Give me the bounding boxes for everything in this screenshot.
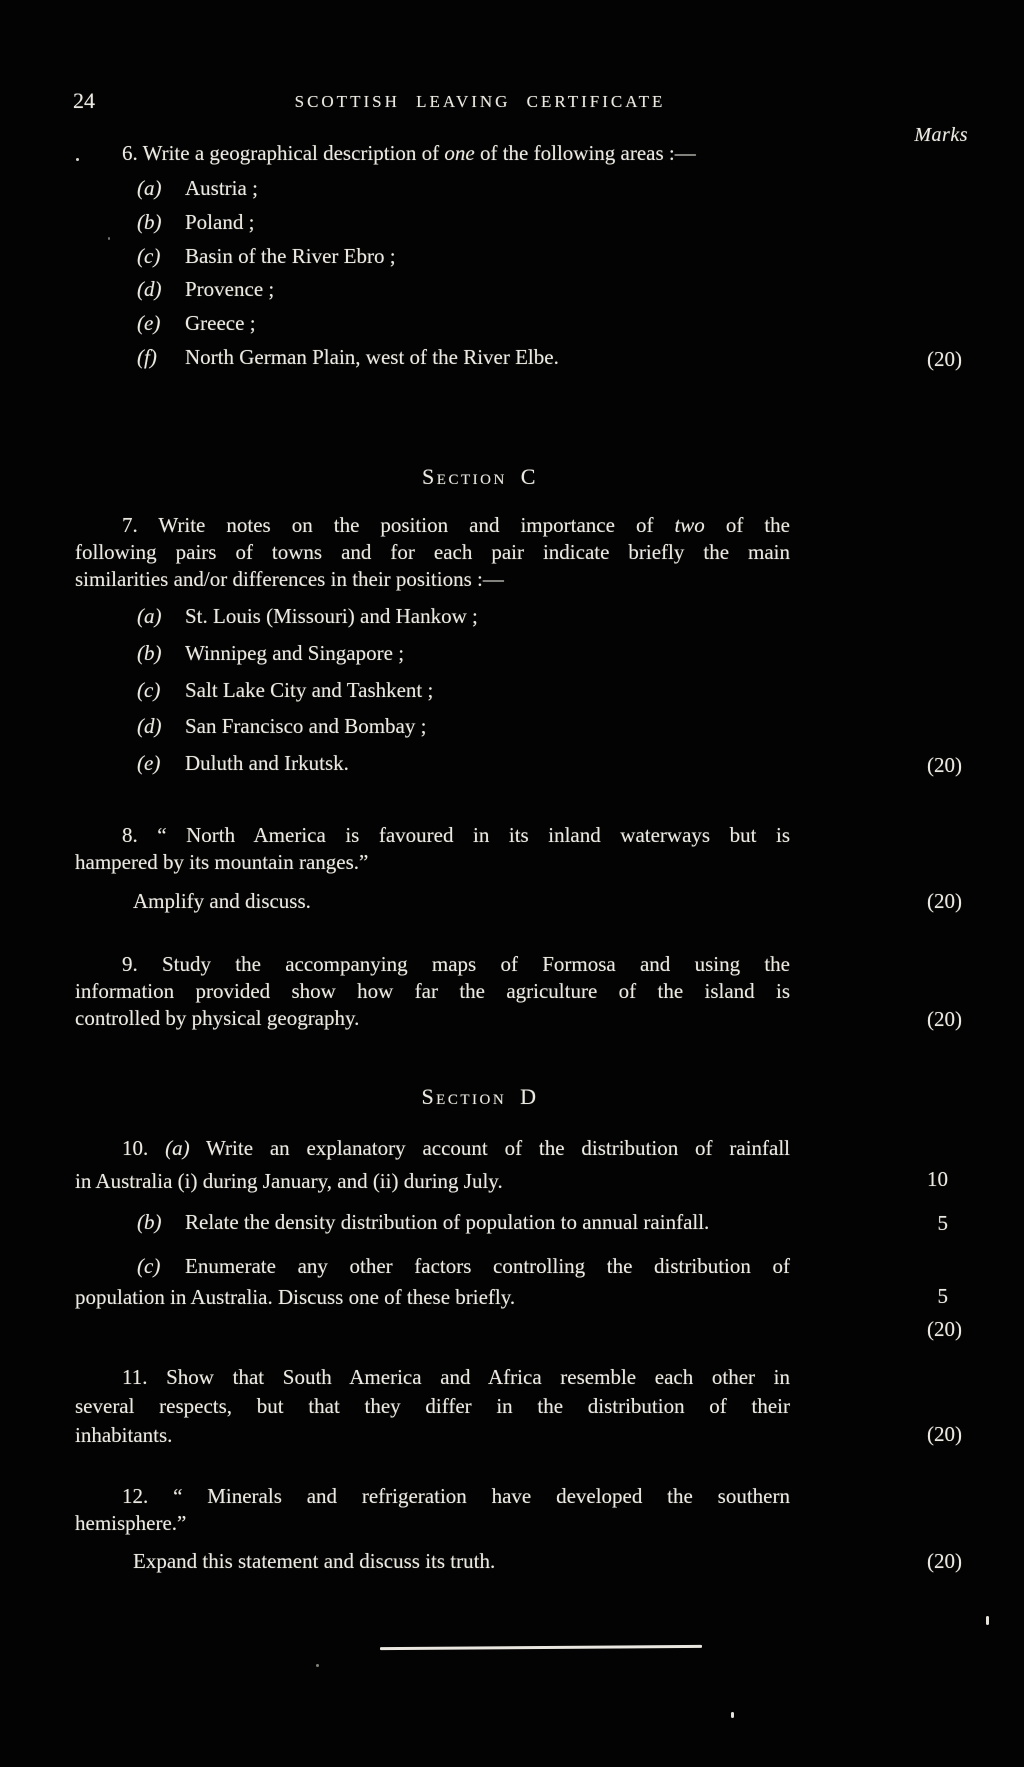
- question-6-mark: (20): [927, 345, 962, 373]
- scan-artifact: [76, 158, 79, 161]
- question-12-paragraph: 12. “ Minerals and refrigeration have de…: [75, 1483, 790, 1537]
- question-7-line-2: following pairs of towns and for each pa…: [75, 539, 790, 566]
- question-10c-line-1: (c)Enumerate any other factors controlli…: [75, 1251, 790, 1282]
- question-9-paragraph: 9. Study the accompanying maps of Formos…: [75, 951, 790, 1032]
- question-10a-line-2: in Australia (i) during January, and (ii…: [75, 1165, 790, 1198]
- question-7-line-1: 7. Write notes on the position and impor…: [75, 512, 790, 539]
- question-12-mark: (20): [927, 1547, 962, 1575]
- question-11-line-1: 11. Show that South America and Africa r…: [75, 1363, 790, 1392]
- question-7-line-3: similarities and/or differences in their…: [75, 566, 790, 593]
- question-10b-line: (b)Relate the density distribution of po…: [75, 1209, 790, 1236]
- list-item: (d)Provence ;: [137, 277, 797, 311]
- question-6-lead: 6. Write a geographical description of o…: [75, 140, 790, 167]
- question-6-list: (a)Austria ; (b)Poland ; (c)Basin of the…: [137, 176, 797, 379]
- italic-word-one: one: [444, 141, 474, 165]
- marks-column-label: Marks: [914, 124, 968, 147]
- question-12-line-2: hemisphere.”: [75, 1510, 790, 1537]
- question-11-line-2: several respects, but that they differ i…: [75, 1392, 790, 1421]
- question-11-mark: (20): [927, 1420, 962, 1448]
- list-item: (e)Greece ;: [137, 311, 797, 345]
- scan-artifact: [108, 237, 110, 240]
- question-7-list: (a)St. Louis (Missouri) and Hankow ; (b)…: [137, 604, 797, 788]
- question-10a-line-1: 10. (a) Write an explanatory account of …: [75, 1132, 790, 1165]
- question-10b-mark: 5: [938, 1209, 949, 1237]
- question-8-mark: (20): [927, 887, 962, 915]
- question-10c-paragraph: (c)Enumerate any other factors controlli…: [75, 1251, 790, 1313]
- question-11-paragraph: 11. Show that South America and Africa r…: [75, 1363, 790, 1450]
- list-item: (f)North German Plain, west of the River…: [137, 345, 797, 379]
- question-12-line-1: 12. “ Minerals and refrigeration have de…: [75, 1483, 790, 1510]
- question-11-line-3: inhabitants.: [75, 1421, 790, 1450]
- question-9-line-1: 9. Study the accompanying maps of Formos…: [75, 951, 790, 978]
- question-8-line-2: hampered by its mountain ranges.”: [75, 849, 790, 876]
- question-9-line-3: controlled by physical geography.: [75, 1005, 790, 1032]
- question-9-mark: (20): [927, 1005, 962, 1033]
- question-10-total-mark: (20): [927, 1315, 962, 1343]
- question-10a-mark: 10: [927, 1165, 948, 1193]
- section-c-heading: Section C: [0, 464, 960, 490]
- list-item: (b)Poland ;: [137, 210, 797, 244]
- question-7-paragraph: 7. Write notes on the position and impor…: [75, 512, 790, 593]
- section-d-heading: Section D: [0, 1084, 960, 1110]
- list-item: (a)St. Louis (Missouri) and Hankow ;: [137, 604, 797, 641]
- running-title: SCOTTISH LEAVING CERTIFICATE: [0, 92, 960, 112]
- scan-artifact: [316, 1664, 319, 1667]
- scan-artifact: [731, 1712, 734, 1718]
- question-6-intro: 6. Write a geographical description of o…: [75, 140, 790, 167]
- question-10c-mark: 5: [938, 1282, 949, 1310]
- question-7-mark: (20): [927, 751, 962, 779]
- italic-word-two: two: [674, 513, 704, 537]
- list-item: (c)Basin of the River Ebro ;: [137, 244, 797, 278]
- list-item: (c)Salt Lake City and Tashkent ;: [137, 678, 797, 715]
- list-item: (d)San Francisco and Bombay ;: [137, 714, 797, 751]
- list-item: (a)Austria ;: [137, 176, 797, 210]
- question-10c-line-2: population in Australia. Discuss one of …: [75, 1282, 790, 1313]
- question-12-instruction: Expand this statement and discuss its tr…: [133, 1547, 495, 1575]
- italic-letter-a: (a): [165, 1136, 190, 1160]
- question-9-line-2: information provided show how far the ag…: [75, 978, 790, 1005]
- scan-artifact: [986, 1616, 989, 1625]
- question-8-line-1: 8. “ North America is favoured in its in…: [75, 822, 790, 849]
- question-8-instruction: Amplify and discuss.: [133, 887, 311, 915]
- question-10a-paragraph: 10. (a) Write an explanatory account of …: [75, 1132, 790, 1198]
- scanned-exam-page: 24 SCOTTISH LEAVING CERTIFICATE Marks 6.…: [0, 0, 1024, 1767]
- list-item: (e)Duluth and Irkutsk.: [137, 751, 797, 788]
- bottom-rule: [380, 1645, 702, 1650]
- list-item: (b)Winnipeg and Singapore ;: [137, 641, 797, 678]
- question-8-paragraph: 8. “ North America is favoured in its in…: [75, 822, 790, 876]
